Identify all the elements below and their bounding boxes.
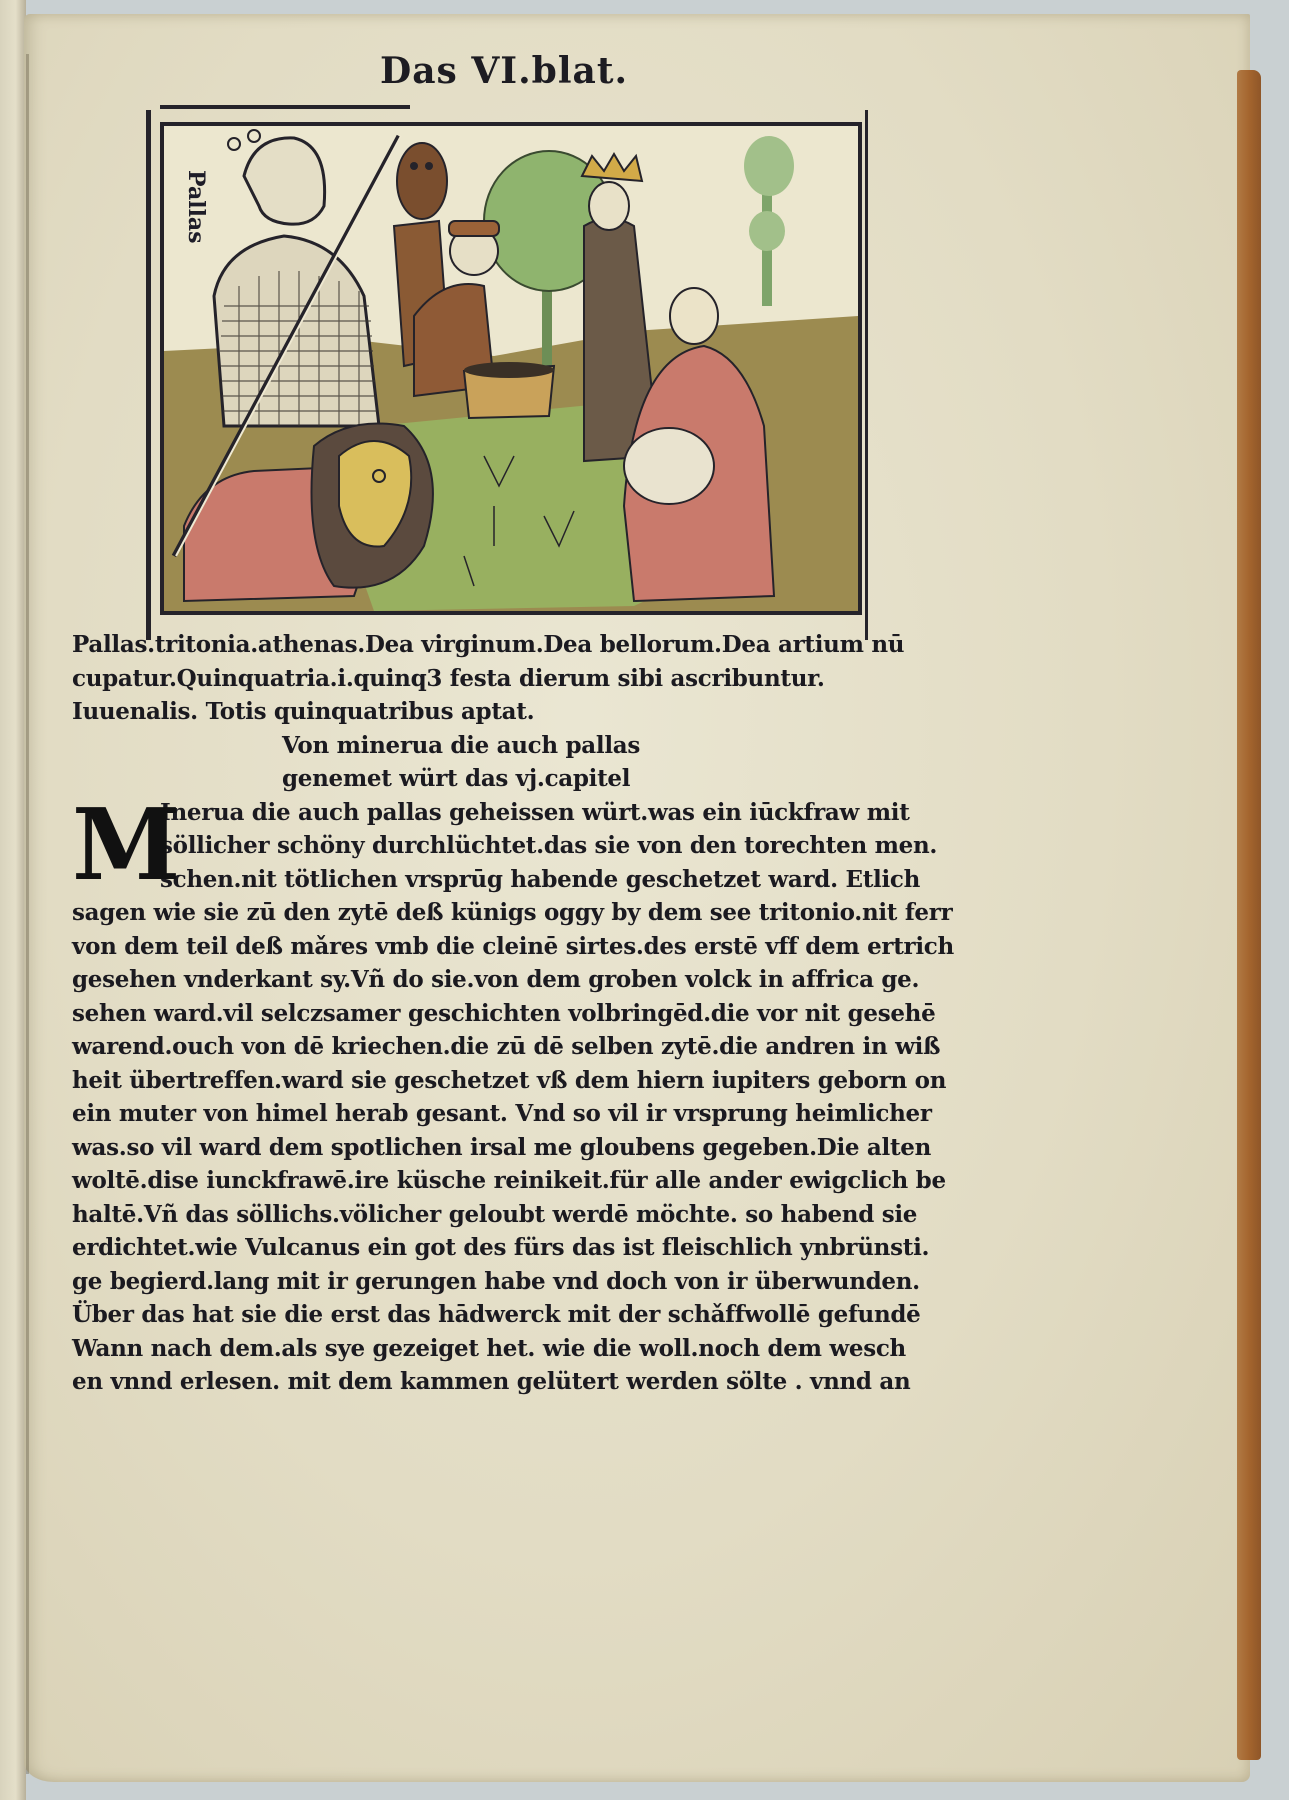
body-line: schen.nit tötlichen vrsprūg habende gesc… <box>72 863 932 897</box>
text-column: Pallas.tritonia.athenas.Dea virginum.Dea… <box>72 628 932 1399</box>
body-line: en vnnd erlesen. mit dem kammen gelütert… <box>72 1365 932 1399</box>
body-line: ein muter von himel herab gesant. Vnd so… <box>72 1097 932 1131</box>
chapter-body: M Inerua die auch pallas geheissen würt.… <box>72 796 932 1399</box>
previous-leaf-edge <box>0 0 26 1800</box>
latin-line: Pallas.tritonia.athenas.Dea virginum.Dea… <box>72 628 932 662</box>
body-line: sehen ward.vil selczsamer geschichten vo… <box>72 997 932 1031</box>
body-line: haltē.Vñ das söllichs.völicher geloubt w… <box>72 1198 932 1232</box>
gutter-shadow <box>26 54 29 1774</box>
body-line: von dem teil deß mǎres vmb die cleinē si… <box>72 930 932 964</box>
woodcut-scene-icon <box>164 126 858 611</box>
woodcut-label-pallas: Pallas <box>183 170 209 244</box>
drop-cap-initial: M <box>72 800 152 892</box>
body-line: ge begierd.lang mit ir gerungen habe vnd… <box>72 1265 932 1299</box>
woodcut-illustration <box>160 122 862 615</box>
chapter-heading-line: genemet würt das vj.capitel <box>72 762 932 796</box>
body-line: gesehen vnderkant sy.Vñ do sie.von dem g… <box>72 963 932 997</box>
body-line: heit übertreffen.ward sie geschetzet vß … <box>72 1064 932 1098</box>
book-fore-edge <box>1237 70 1261 1760</box>
body-line: Inerua die auch pallas geheissen würt.wa… <box>72 796 932 830</box>
latin-line: Iuuenalis. Totis quinquatribus aptat. <box>72 695 932 729</box>
chapter-heading-line: Von minerua die auch pallas <box>72 729 932 763</box>
book-photo: Das VI.blat. <box>0 0 1289 1800</box>
header-rule <box>160 105 410 109</box>
body-line: Wann nach dem.als sye gezeiget het. wie … <box>72 1332 932 1366</box>
body-line: sagen wie sie zū den zytē deß künigs ogg… <box>72 896 932 930</box>
latin-line: cupatur.Quinquatria.i.quinq3 festa dieru… <box>72 662 932 696</box>
body-line: Über das hat sie die erst das hādwerck m… <box>72 1298 932 1332</box>
body-line: woltē.dise iunckfrawē.ire küsche reinike… <box>72 1164 932 1198</box>
folio-header: Das VI.blat. <box>380 50 628 92</box>
body-line: warend.ouch von dē kriechen.die zū dē se… <box>72 1030 932 1064</box>
body-line: söllicher schöny durchlüchtet.das sie vo… <box>72 829 932 863</box>
body-line: was.so vil ward dem spotlichen irsal me … <box>72 1131 932 1165</box>
body-line: erdichtet.wie Vulcanus ein got des fürs … <box>72 1231 932 1265</box>
